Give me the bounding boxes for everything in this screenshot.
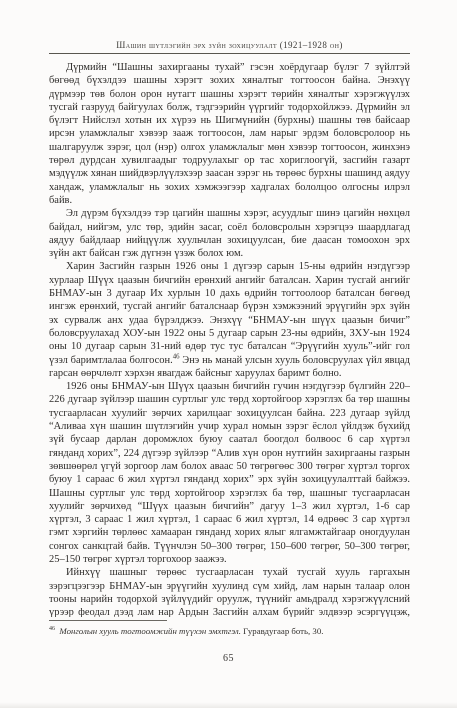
body-paragraph-5: Ийнхүү шашныг төрөөс тусгаарласан тухай … xyxy=(49,566,410,617)
body-paragraph-4: 1926 оны БНМАУ-ын Шүүх цаазын бичгийн гу… xyxy=(49,380,410,566)
footnote-area: 46 Монголын хууль тогтоомжийн түүхэн эмх… xyxy=(49,620,410,637)
document-page: Шашин шүтлэгийн эрх зүйн зохицуулалт (19… xyxy=(0,0,457,708)
footnote-source-title: Монголын хууль тогтоомжийн түүхэн эмхтгэ… xyxy=(59,626,241,636)
page-bottom-edge xyxy=(0,702,457,708)
footnote-separator xyxy=(49,620,167,621)
body-paragraph-2: Эл дүрэм бүхэлдээ тэр цагийн шашны хэрэг… xyxy=(49,207,410,260)
body-paragraph-3: Харин Засгийн газрын 1926 оны 1 дүгээр с… xyxy=(49,260,410,380)
footnote-source-detail: Гуравдугаар боть, 30. xyxy=(243,626,323,636)
paragraph-3-text-before-reference: Харин Засгийн газрын 1926 оны 1 дүгээр с… xyxy=(49,261,410,365)
page-number: 65 xyxy=(0,653,457,664)
header-rule xyxy=(49,53,410,54)
body-paragraph-1: Дүрмийн “Шашны захиргааны тухай” гэсэн х… xyxy=(49,61,410,207)
body-text: Дүрмийн “Шашны захиргааны тухай” гэсэн х… xyxy=(49,61,410,617)
footnote-marker: 46 xyxy=(49,626,55,632)
running-header: Шашин шүтлэгийн эрх зүйн зохицуулалт (19… xyxy=(49,40,410,50)
footnote: 46 Монголын хууль тогтоомжийн түүхэн эмх… xyxy=(49,626,410,637)
